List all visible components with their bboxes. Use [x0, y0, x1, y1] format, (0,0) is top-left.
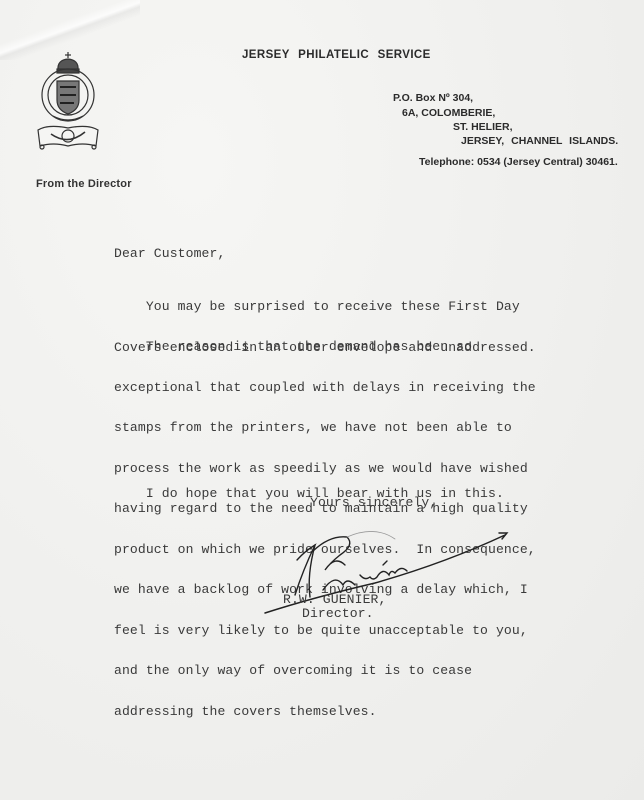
- salutation: Dear Customer,: [114, 247, 225, 261]
- letter-page: From the Director JERSEY PHILATELIC SERV…: [0, 0, 644, 800]
- paragraph-line: The reason is that the demand has been s…: [114, 340, 536, 354]
- states-of-jersey-crest-icon: [33, 50, 103, 160]
- paragraph-line: I do hope that you will bear with us in …: [114, 487, 504, 501]
- telephone: Telephone: 0534 (Jersey Central) 30461.: [419, 156, 618, 168]
- address-line-3: ST. HELIER,: [453, 121, 513, 133]
- paragraph-line: stamps from the printers, we have not be…: [114, 421, 536, 435]
- paragraph-line: addressing the covers themselves.: [114, 705, 536, 719]
- paragraph-line: You may be surprised to receive these Fi…: [114, 300, 536, 314]
- address-line-4: JERSEY, CHANNEL ISLANDS.: [461, 135, 618, 147]
- paragraph-line: exceptional that coupled with delays in …: [114, 381, 536, 395]
- closing: Yours sincerely,: [310, 496, 437, 510]
- paragraph-line: feel is very likely to be quite unaccept…: [114, 624, 536, 638]
- from-director-label: From the Director: [36, 178, 132, 190]
- paragraph-line: and the only way of overcoming it is to …: [114, 664, 536, 678]
- address-line-1: P.O. Box Nº 304,: [393, 92, 473, 104]
- address-line-2: 6A, COLOMBERIE,: [402, 107, 495, 119]
- organization-name: JERSEY PHILATELIC SERVICE: [242, 49, 431, 61]
- signer-title: Director.: [302, 607, 374, 621]
- signer-name: R.W. GUENIER,: [283, 593, 386, 607]
